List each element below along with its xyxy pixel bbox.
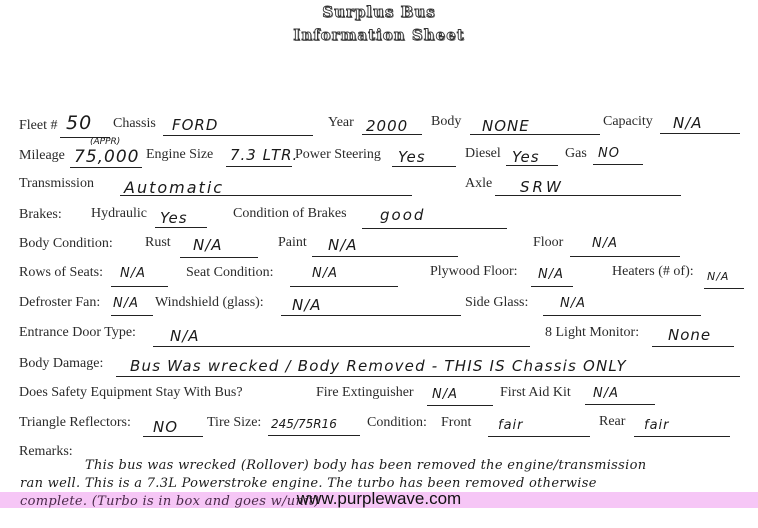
- rear-label: Rear: [599, 414, 625, 430]
- windshield-label: Windshield (glass):: [155, 295, 264, 311]
- year-value: 2000: [366, 117, 408, 135]
- engine-size-label: Engine Size: [146, 147, 213, 163]
- fleet-value: 50: [66, 112, 92, 134]
- defroster-fan-value: N/A: [113, 296, 139, 311]
- body-label: Body: [431, 114, 461, 130]
- remarks-line-1: This bus was wrecked (Rollover) body has…: [85, 458, 646, 473]
- watermark-text: www.purplewave.com: [0, 489, 758, 509]
- condition-label: Condition:: [367, 415, 427, 431]
- mileage-note: (APPR): [90, 137, 120, 147]
- paint-value: N/A: [328, 236, 358, 254]
- seat-condition-value: N/A: [312, 266, 338, 281]
- defroster-fan-label: Defroster Fan:: [19, 295, 100, 311]
- axle-value: SRW: [520, 178, 564, 196]
- capacity-value: N/A: [673, 114, 703, 132]
- tire-size-value: 245/75R16: [271, 417, 337, 431]
- triangle-reflectors-value: NO: [153, 418, 178, 436]
- brake-condition-label: Condition of Brakes: [233, 206, 347, 222]
- tire-size-label: Tire Size:: [207, 415, 261, 431]
- rear-value: fair: [644, 418, 670, 433]
- title-line-1: Surplus Bus: [0, 3, 758, 21]
- rows-of-seats-value: N/A: [120, 266, 146, 281]
- chassis-label: Chassis: [113, 116, 156, 132]
- title-line-2: Information Sheet: [0, 26, 758, 44]
- hydraulic-value: Yes: [160, 209, 188, 227]
- windshield-value: N/A: [292, 296, 322, 314]
- heaters-value: N/A: [707, 270, 729, 283]
- plywood-floor-label: Plywood Floor:: [430, 264, 518, 280]
- gas-label: Gas: [565, 146, 587, 162]
- front-label: Front: [441, 415, 471, 431]
- rows-of-seats-label: Rows of Seats:: [19, 265, 103, 281]
- fleet-label: Fleet #: [19, 118, 58, 134]
- floor-label: Floor: [533, 235, 563, 251]
- entrance-door-value: N/A: [170, 327, 200, 345]
- fire-extinguisher-label: Fire Extinguisher: [316, 385, 414, 401]
- rust-label: Rust: [145, 235, 171, 251]
- paint-label: Paint: [278, 235, 307, 251]
- first-aid-kit-label: First Aid Kit: [500, 385, 571, 401]
- body-damage-value: Bus Was wrecked / Body Removed - THIS IS…: [130, 357, 627, 375]
- brake-condition-value: good: [380, 206, 425, 224]
- transmission-label: Transmission: [19, 176, 94, 192]
- front-value: fair: [498, 418, 524, 433]
- side-glass-label: Side Glass:: [465, 295, 528, 311]
- light-monitor-value: None: [668, 326, 711, 344]
- gas-value: NO: [598, 146, 620, 161]
- body-damage-label: Body Damage:: [19, 356, 103, 372]
- power-steering-value: Yes: [398, 148, 426, 166]
- entrance-door-field: [153, 326, 530, 347]
- chassis-value: FORD: [172, 116, 218, 134]
- floor-value: N/A: [592, 236, 618, 251]
- transmission-value: Automatic: [124, 178, 224, 197]
- body-condition-label: Body Condition:: [19, 236, 113, 252]
- fire-extinguisher-value: N/A: [432, 387, 458, 402]
- safety-question-label: Does Safety Equipment Stay With Bus?: [19, 385, 243, 401]
- floor-field: [570, 236, 680, 257]
- seat-condition-label: Seat Condition:: [186, 265, 274, 281]
- brakes-label: Brakes:: [19, 207, 62, 223]
- axle-label: Axle: [465, 176, 492, 192]
- diesel-label: Diesel: [465, 146, 501, 162]
- plywood-floor-value: N/A: [538, 267, 564, 282]
- hydraulic-label: Hydraulic: [91, 206, 147, 222]
- first-aid-kit-value: N/A: [593, 386, 619, 401]
- mileage-label: Mileage: [19, 148, 65, 164]
- light-monitor-label: 8 Light Monitor:: [545, 325, 639, 341]
- heaters-label: Heaters (# of):: [612, 264, 694, 280]
- side-glass-value: N/A: [560, 296, 586, 311]
- engine-size-value: 7.3 LTR.: [230, 146, 298, 164]
- power-steering-label: Power Steering: [295, 147, 381, 163]
- seat-condition-field: [290, 266, 398, 287]
- mileage-value: 75,000: [74, 147, 139, 167]
- remarks-label: Remarks:: [19, 444, 73, 460]
- diesel-value: Yes: [512, 148, 540, 166]
- triangle-reflectors-label: Triangle Reflectors:: [19, 415, 131, 431]
- body-value: NONE: [482, 117, 530, 135]
- capacity-label: Capacity: [603, 114, 653, 130]
- year-label: Year: [328, 115, 354, 131]
- rust-value: N/A: [193, 236, 223, 254]
- entrance-door-label: Entrance Door Type:: [19, 325, 136, 341]
